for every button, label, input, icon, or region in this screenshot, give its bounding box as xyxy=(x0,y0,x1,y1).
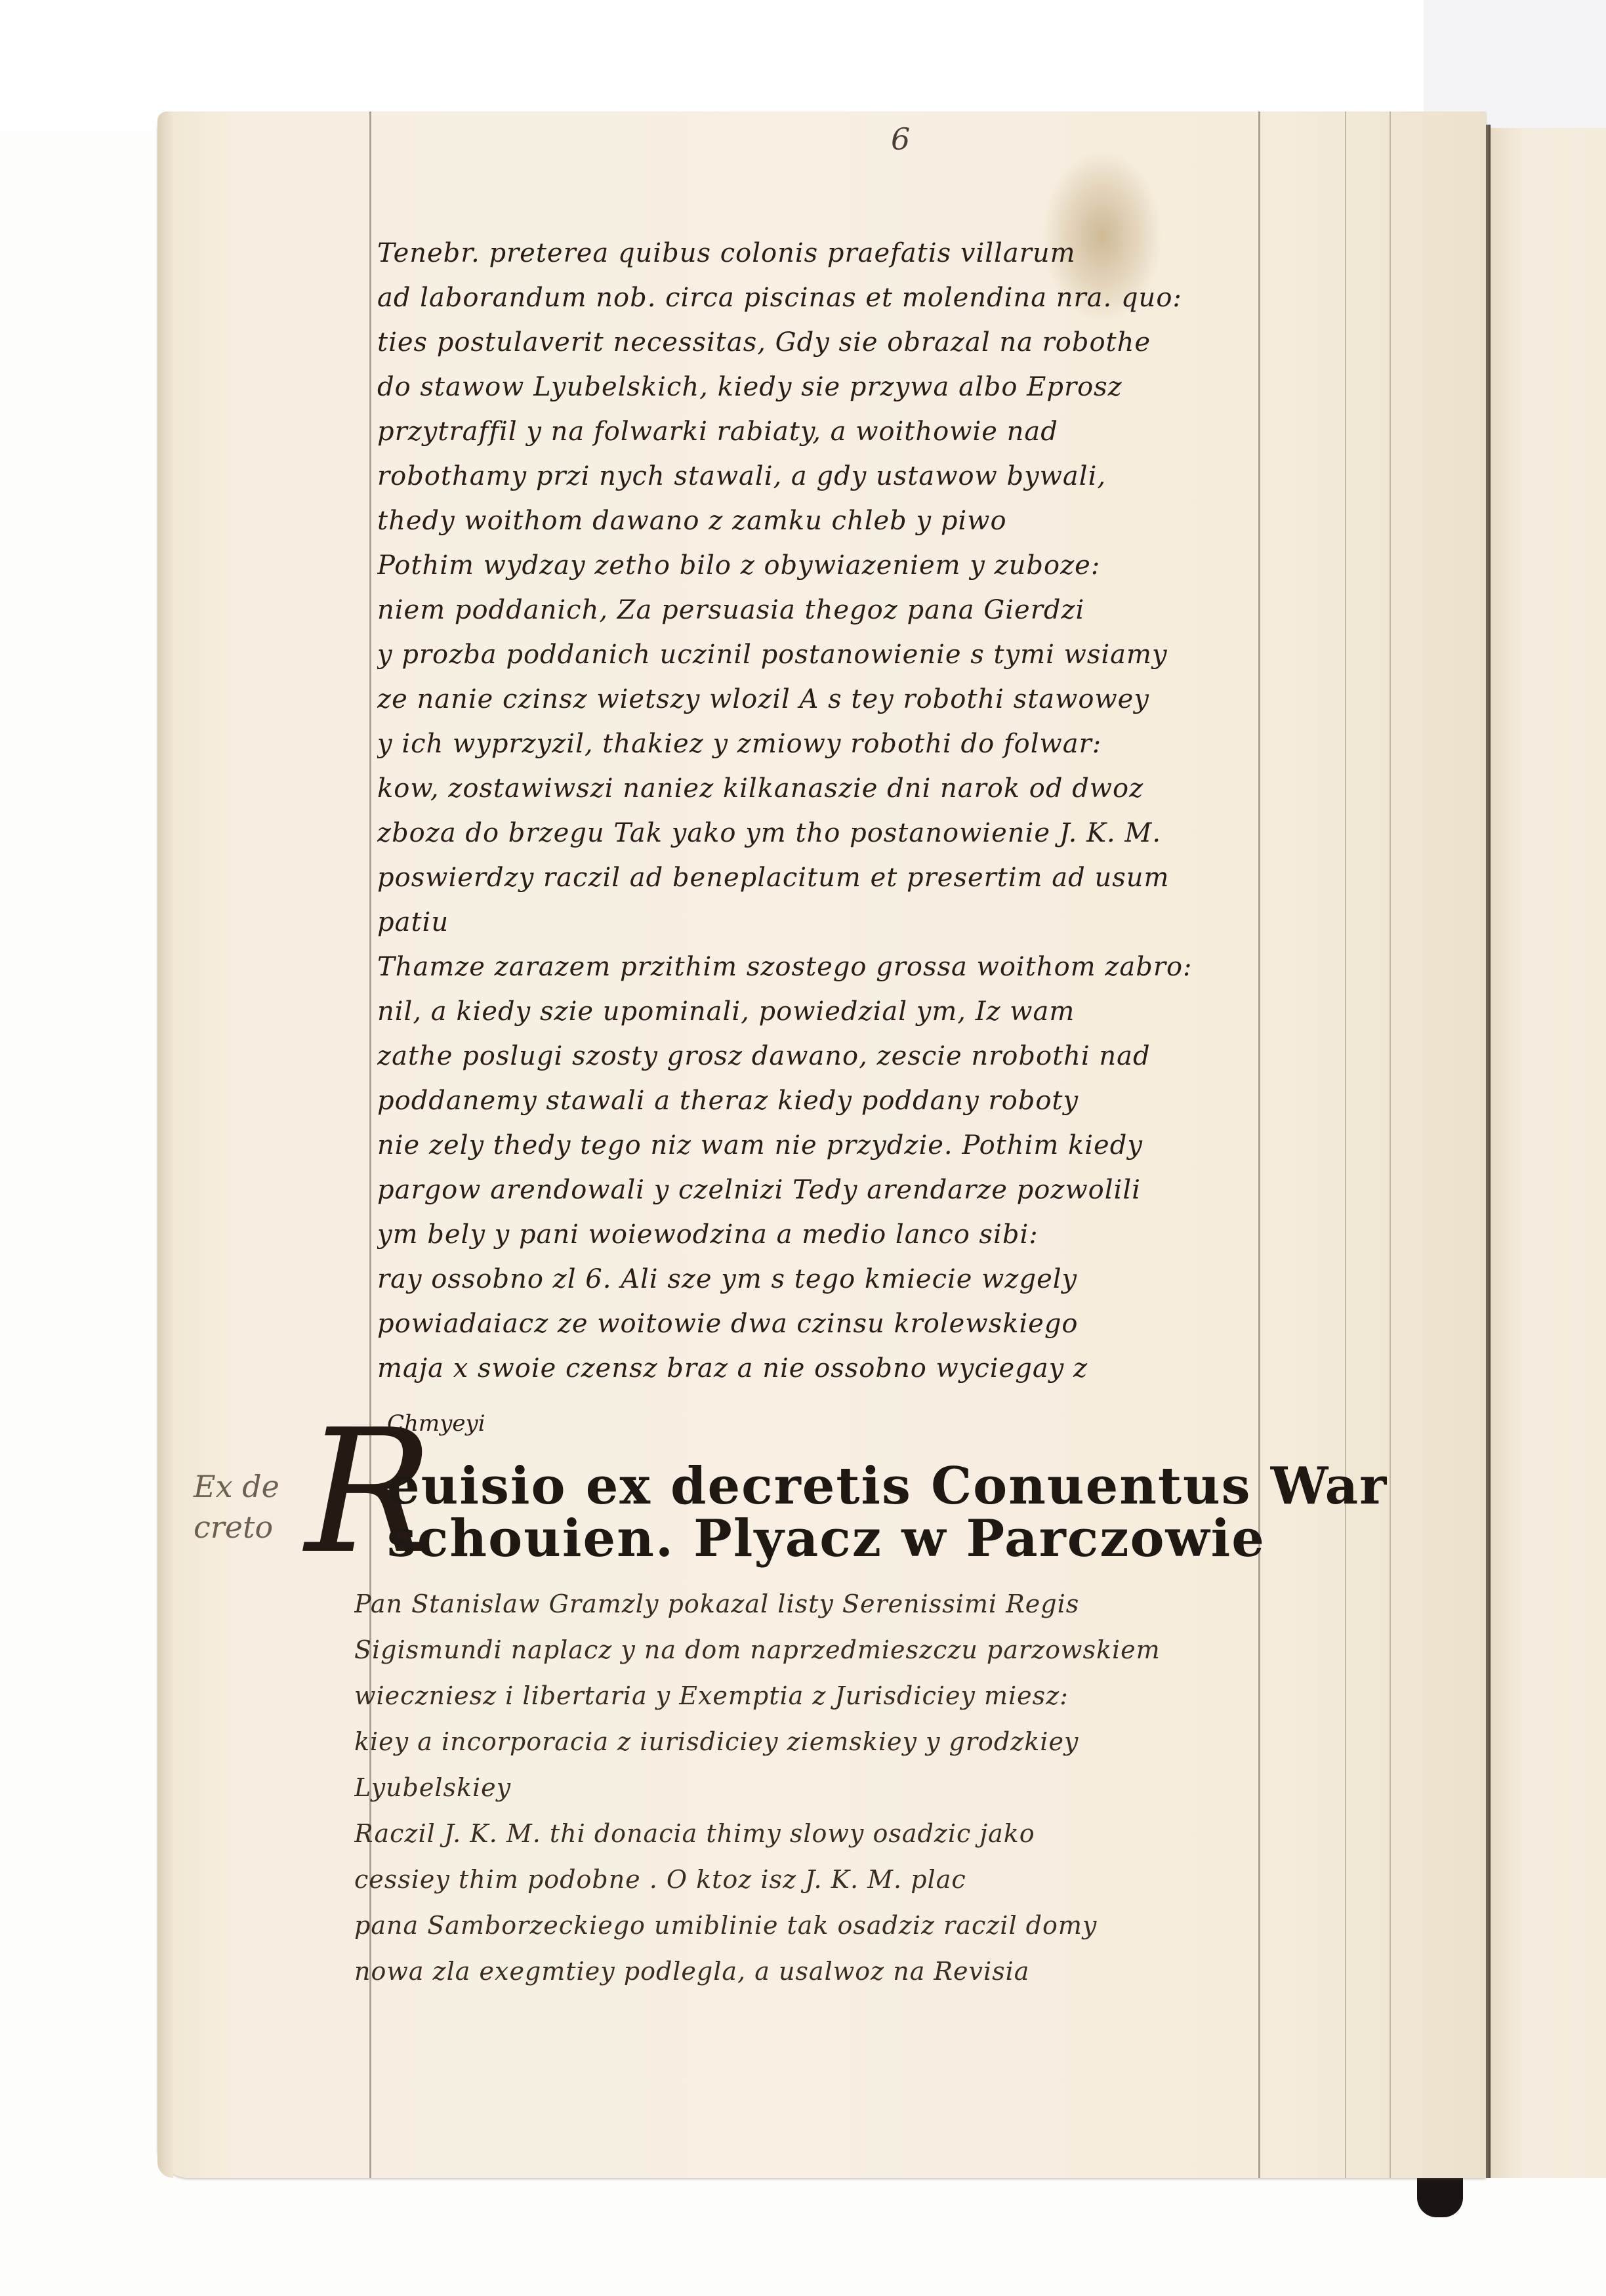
outer-rule-1 xyxy=(1345,112,1346,2178)
adjacent-page-edge xyxy=(1491,128,1606,2178)
heading-superscript: Chmyeyi xyxy=(387,1410,485,1437)
text-line: patiu xyxy=(377,900,1253,945)
text-line: poddanemy stawali a theraz kiedy poddany… xyxy=(377,1078,1253,1123)
heading-line-2: schouien. Plyacz w Parczowie xyxy=(387,1509,1266,1568)
text-line: ad laborandum nob. circa piscinas et mol… xyxy=(377,276,1253,320)
text-line: do stawow Lyubelskich, kiedy sie przywa … xyxy=(377,365,1253,409)
text-line: robothamy przi nych stawali, a gdy ustaw… xyxy=(377,454,1253,499)
text-line: ze nanie czinsz wietszy wlozil A s tey r… xyxy=(377,677,1253,722)
text-line: ym bely y pani woiewodzina a medio lanco… xyxy=(377,1212,1253,1257)
text-line: przytraffil y na folwarki rabiaty, a woi… xyxy=(377,409,1253,454)
text-line: nie zely thedy tego niz wam nie przydzie… xyxy=(377,1123,1253,1168)
text-line: ties postulaverit necessitas, Gdy sie ob… xyxy=(377,320,1253,365)
text-line: y prozba poddanich uczinil postanowienie… xyxy=(377,632,1253,677)
text-line: poswierdzy raczil ad beneplacitum et pre… xyxy=(377,855,1253,900)
text-line: Raczil J. K. M. thi donacia thimy slowy … xyxy=(354,1811,1253,1856)
text-line: cessiey thim podobne . O ktoz isz J. K. … xyxy=(354,1856,1253,1902)
folio-number: 6 xyxy=(891,121,910,157)
text-line: zboza do brzegu Tak yako ym tho postanow… xyxy=(377,811,1253,855)
right-margin-rule xyxy=(1258,112,1260,2178)
binding-shadow xyxy=(1417,2178,1463,2217)
text-line: ray ossobno zl 6. Ali sze ym s tego kmie… xyxy=(377,1257,1253,1302)
text-line: pargow arendowali y czelnizi Tedy arenda… xyxy=(377,1168,1253,1212)
text-line: nowa zla exegmtiey podlegla, a usalwoz n… xyxy=(354,1948,1253,1994)
text-line: niem poddanich, Za persuasia thegoz pana… xyxy=(377,588,1253,632)
text-line: Tenebr. preterea quibus colonis praefati… xyxy=(377,231,1253,276)
text-line: nil, a kiedy szie upominali, powiedzial … xyxy=(377,989,1253,1034)
heading-line-1: euisio ex decretis Conuentus War xyxy=(387,1456,1388,1516)
text-block-1: Tenebr. preterea quibus colonis praefati… xyxy=(377,231,1253,1391)
text-line: Pan Stanislaw Gramzly pokazal listy Sere… xyxy=(354,1581,1253,1627)
text-line: zathe poslugi szosty grosz dawano, zesci… xyxy=(377,1034,1253,1078)
text-line: kiey a incorporacia z iurisdiciey ziemsk… xyxy=(354,1719,1253,1765)
text-line: powiadaiacz ze woitowie dwa czinsu krole… xyxy=(377,1302,1253,1346)
text-line: Thamze zarazem przithim szostego grossa … xyxy=(377,945,1253,989)
page-edge-left xyxy=(157,112,173,2178)
text-line: pana Samborzeckiego umiblinie tak osadzi… xyxy=(354,1902,1253,1948)
text-line: Sigismundi naplacz y na dom naprzedmiesz… xyxy=(354,1627,1253,1673)
text-line: maja x swoie czensz braz a nie ossobno w… xyxy=(377,1346,1253,1391)
text-line: Lyubelskiey xyxy=(354,1765,1253,1811)
text-line: thedy woithom dawano z zamku chleb y piw… xyxy=(377,499,1253,543)
text-line: y ich wyprzyzil, thakiez y zmiowy roboth… xyxy=(377,722,1253,766)
text-block-2: Pan Stanislaw Gramzly pokazal listy Sere… xyxy=(354,1581,1253,1994)
outer-rule-2 xyxy=(1390,112,1391,2178)
text-line: wieczniesz i libertaria y Exemptia z Jur… xyxy=(354,1673,1253,1719)
text-line: Pothim wydzay zetho bilo z obywiazeniem … xyxy=(377,543,1253,588)
text-line: kow, zostawiwszi naniez kilkanaszie dni … xyxy=(377,766,1253,811)
